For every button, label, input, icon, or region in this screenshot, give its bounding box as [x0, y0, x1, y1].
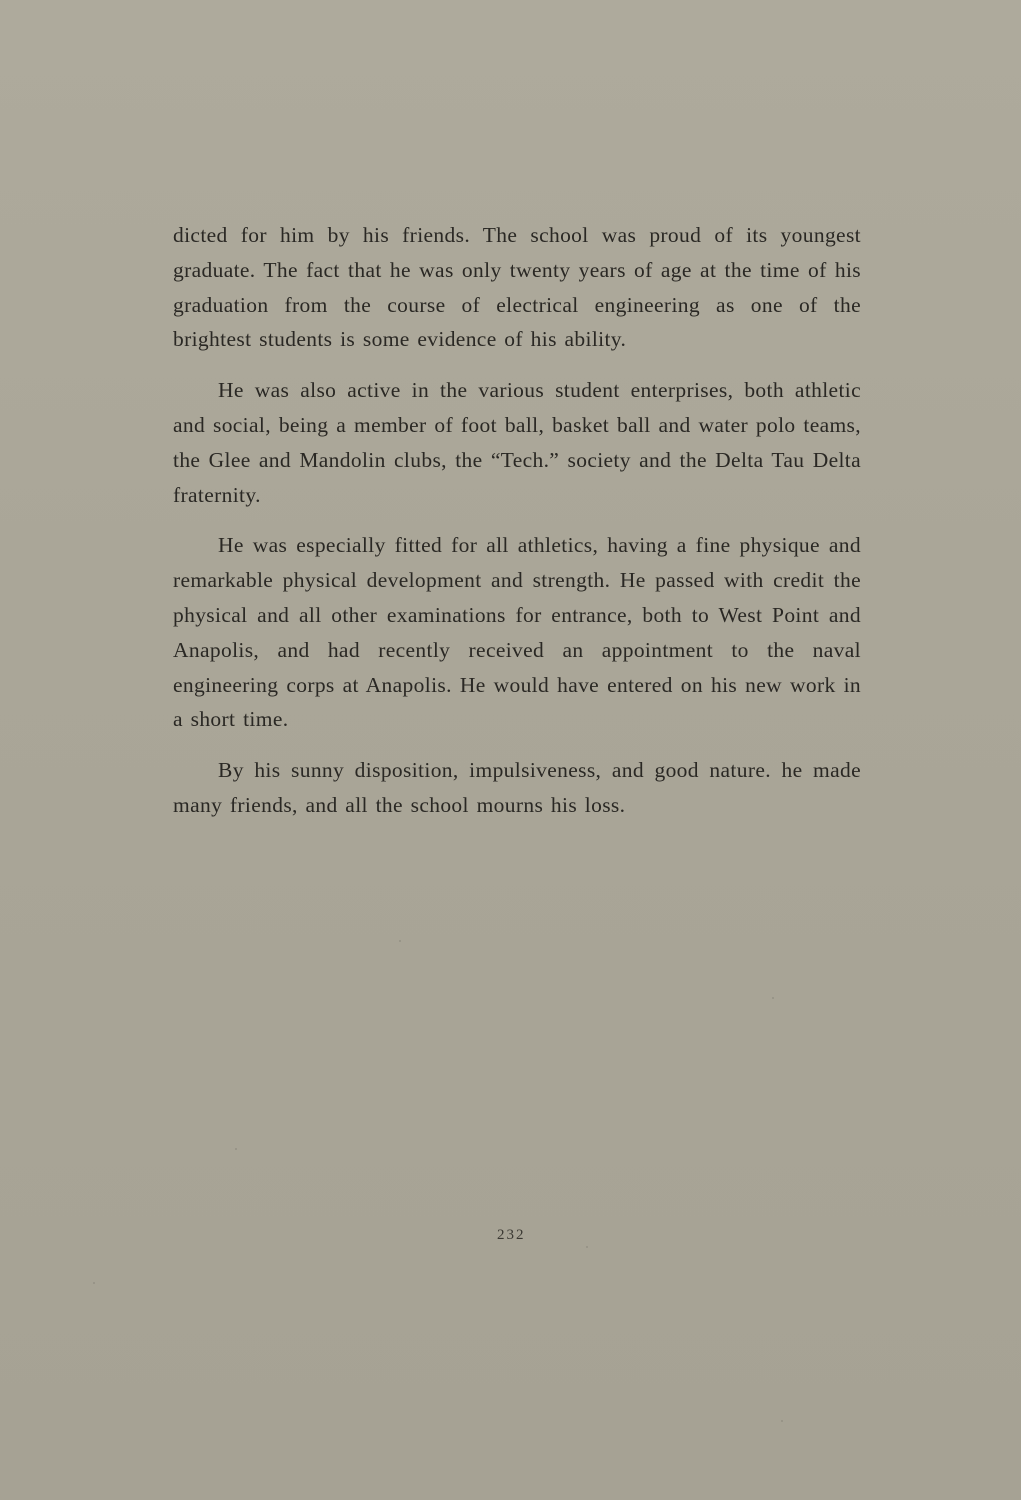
paragraph-athletics: He was especially fitted for all athleti… — [173, 528, 861, 737]
paragraph-continuation: dicted for him by his friends. The schoo… — [173, 218, 861, 357]
paragraph-student-enterprises: He was also active in the various studen… — [173, 373, 861, 512]
paper-speck — [235, 1148, 237, 1150]
paper-speck — [772, 997, 774, 999]
paper-speck — [586, 1246, 588, 1248]
paper-speck — [781, 1420, 783, 1422]
page-number: 232 — [497, 1227, 526, 1244]
paper-speck — [399, 940, 401, 942]
body-text: dicted for him by his friends. The schoo… — [173, 218, 861, 839]
document-page: dicted for him by his friends. The schoo… — [0, 0, 1021, 1500]
paragraph-closing: By his sunny disposition, impulsiveness,… — [173, 753, 861, 823]
paper-speck — [93, 1282, 95, 1284]
